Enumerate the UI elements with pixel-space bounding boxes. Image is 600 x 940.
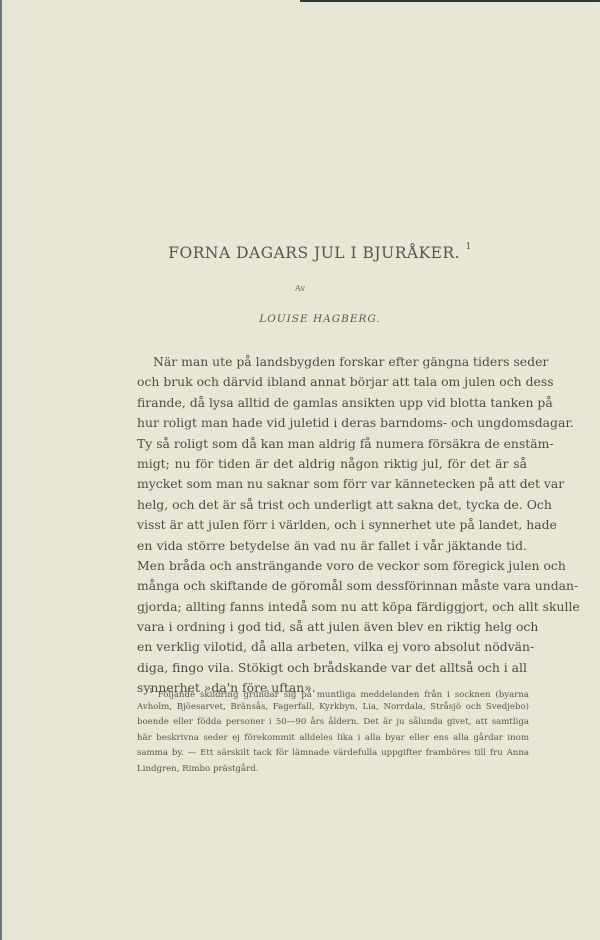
body-line: en verklig vilotid, då alla arbeten, vil… [137, 637, 527, 657]
body-line: en vida större betydelse än vad nu är fa… [137, 536, 527, 556]
body-line: diga, fingo vila. Stökigt och brådskande… [137, 658, 527, 678]
article-title: FORNA DAGARS JUL I BJURÅKER. 1 [140, 244, 500, 262]
scan-edge-top [300, 0, 600, 2]
body-line: vara i ordning i god tid, så att julen ä… [137, 617, 527, 637]
title-footnote-marker[interactable]: 1 [466, 242, 472, 252]
footnote-line: 1 Följande skildring grundar sig på munt… [137, 684, 529, 700]
footnote-line: boende eller födda personer i 50—90 års … [137, 715, 529, 731]
footnote-marker: 1 [149, 688, 153, 695]
footnote-text: Följande skildring grundar sig på muntli… [158, 690, 529, 700]
footnote-block: 1 Följande skildring grundar sig på munt… [137, 684, 529, 778]
footnote-line: Lindgren, Rimbo prästgård. [137, 762, 529, 778]
footnote-line: Avholm, Bjöesarvet, Bränsås, Fagerfall, … [137, 700, 529, 716]
footnote-line: samma by. — Ett särskilt tack för lämnad… [137, 746, 529, 762]
body-line: migt; nu för tiden är det aldrig någon r… [137, 454, 527, 474]
body-line: Men bråda och ansträngande voro de vecko… [137, 556, 527, 576]
author-name: LOUISE HAGBERG. [200, 313, 440, 325]
body-line: och bruk och därvid ibland annat börjar … [137, 372, 527, 392]
body-line: helg, och det är så trist och underligt … [137, 495, 527, 515]
body-line: När man ute på landsbygden forskar efter… [137, 352, 527, 372]
body-line: firande, då lysa alltid de gamlas ansikt… [137, 393, 527, 413]
title-text: FORNA DAGARS JUL I BJURÅKER. [168, 244, 460, 262]
body-line: visst är att julen förr i världen, och i… [137, 515, 527, 535]
body-line: Ty så roligt som då kan man aldrig få nu… [137, 434, 527, 454]
body-line: hur roligt man hade vid juletid i deras … [137, 413, 527, 433]
body-line: gjorda; allting fanns intedå som nu att … [137, 597, 527, 617]
footnote-line: här beskrivna seder ej förekommit alldel… [137, 731, 529, 747]
article-body: När man ute på landsbygden forskar efter… [137, 352, 527, 699]
body-line: många och skiftande de göromål som dessf… [137, 576, 527, 596]
body-line: mycket som man nu saknar som förr var kä… [137, 474, 527, 494]
byline-prefix: Av [280, 284, 320, 293]
